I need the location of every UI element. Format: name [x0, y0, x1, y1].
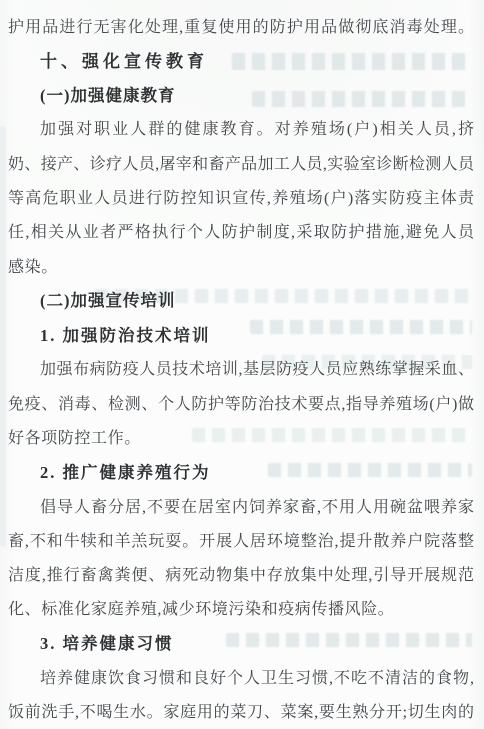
heading-h1: 十、强化宣传教育: [8, 42, 474, 76]
text-line-content: 化、标准化家庭养殖,减少环境污染和疫病传播风险。: [8, 596, 474, 619]
text-line: 培养健康饮食习惯和良好个人卫生习惯,不吃不清洁的食物,: [8, 659, 474, 693]
text-line-content: 畜,不和牛犊和羊羔玩耍。开展人居环境整治,提升散养户院落整: [8, 528, 474, 551]
text-line-content: 奶、接产、诊疗人员,屠宰和畜产品加工人员,实验室诊断检测人员: [8, 151, 474, 174]
text-line-content: 好各项防控工作。: [8, 425, 474, 448]
heading-text: (二)加强宣传培训: [40, 287, 474, 311]
text-line: 奶、接产、诊疗人员,屠宰和畜产品加工人员,实验室诊断检测人员: [8, 145, 474, 179]
heading-h2: (二)加强宣传培训: [8, 282, 474, 316]
text-line-content: 免疫、消毒、检测、个人防护等防治技术要点,指导养殖场(户)做: [8, 391, 474, 414]
document-page: 护用品进行无害化处理,重复使用的防护用品做彻底消毒处理。十、强化宣传教育(一)加…: [0, 0, 484, 729]
heading-h2: (一)加强健康教育: [8, 77, 474, 111]
text-line-content: 培养健康饮食习惯和良好个人卫生习惯,不吃不清洁的食物,: [40, 665, 474, 688]
text-line-content: 洁度,推行畜禽粪便、病死动物集中存放集中处理,引导开展规范: [8, 562, 474, 585]
text-line: 化、标准化家庭养殖,减少环境污染和疫病传播风险。: [8, 591, 474, 625]
text-line-content: 等高危职业人员进行防控知识宣传,养殖场(户)落实防疫主体责: [8, 185, 474, 208]
text-line: 加强对职业人群的健康教育。对养殖场(户)相关人员,挤: [8, 111, 474, 145]
heading-h3: 1. 加强防治技术培训: [8, 317, 474, 351]
heading-h3: 3. 培养健康习惯: [8, 625, 474, 659]
heading-text: 十、强化宣传教育: [40, 47, 474, 72]
text-line-content: 加强布病防疫人员技术培训,基层防疫人员应熟练掌握采血、: [40, 356, 474, 379]
text-line: 洁度,推行畜禽粪便、病死动物集中存放集中处理,引导开展规范: [8, 557, 474, 591]
heading-text: 3. 培养健康习惯: [40, 630, 474, 654]
text-line-content: 加强对职业人群的健康教育。对养殖场(户)相关人员,挤: [40, 116, 474, 139]
text-line-content: 饭前洗手,不喝生水。家庭用的菜刀、菜案,要生熟分开;切生肉的: [8, 699, 474, 722]
text-line: 护用品进行无害化处理,重复使用的防护用品做彻底消毒处理。: [8, 8, 474, 42]
text-line: 好各项防控工作。: [8, 419, 474, 453]
heading-h3: 2. 推广健康养殖行为: [8, 454, 474, 488]
heading-text: (一)加强健康教育: [40, 82, 474, 106]
text-line-content: 感染。: [8, 254, 474, 277]
text-line: 感染。: [8, 248, 474, 282]
text-line-content: 倡导人畜分居,不要在居室内饲养家畜,不用人用碗盆喂养家: [40, 494, 474, 517]
text-line-content: 任,相关从业者严格执行个人防护制度,采取防护措施,避免人员: [8, 219, 474, 242]
text-line: 饭前洗手,不喝生水。家庭用的菜刀、菜案,要生熟分开;切生肉的: [8, 694, 474, 728]
text-line: 等高危职业人员进行防控知识宣传,养殖场(户)落实防疫主体责: [8, 179, 474, 213]
text-line: 倡导人畜分居,不要在居室内饲养家畜,不用人用碗盆喂养家: [8, 488, 474, 522]
document-text: 护用品进行无害化处理,重复使用的防护用品做彻底消毒处理。十、强化宣传教育(一)加…: [0, 0, 484, 728]
text-line: 畜,不和牛犊和羊羔玩耍。开展人居环境整治,提升散养户院落整: [8, 522, 474, 556]
heading-text: 2. 推广健康养殖行为: [40, 459, 474, 483]
text-line: 加强布病防疫人员技术培训,基层防疫人员应熟练掌握采血、: [8, 351, 474, 385]
text-line-content: 护用品进行无害化处理,重复使用的防护用品做彻底消毒处理。: [8, 14, 474, 37]
text-line: 任,相关从业者严格执行个人防护制度,采取防护措施,避免人员: [8, 214, 474, 248]
text-line: 免疫、消毒、检测、个人防护等防治技术要点,指导养殖场(户)做: [8, 385, 474, 419]
heading-text: 1. 加强防治技术培训: [40, 322, 474, 346]
